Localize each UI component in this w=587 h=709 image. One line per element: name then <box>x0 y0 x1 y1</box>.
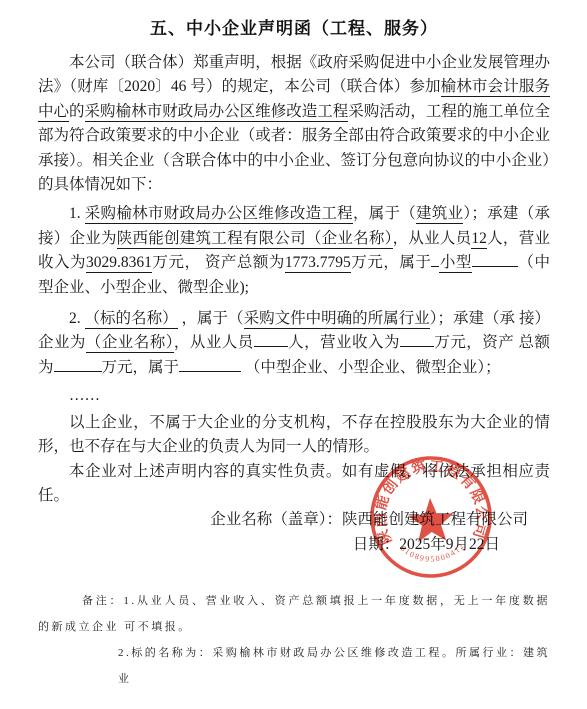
company-name-line: 企业名称（盖章）：陕西能创建筑工程有限公司 <box>38 508 550 532</box>
remarks-section: 备注：1.从业人员、营业收入、资产总额填报上一年度数据，无上一年度数据的新成立企… <box>38 588 550 692</box>
page-title: 五、中小企业声明函（工程、服务） <box>38 14 550 39</box>
document-content: 五、中小企业声明函（工程、服务） 本公司（联合体）郑重声明，根据《政府采购促进中… <box>0 0 587 692</box>
date-line: 日期：2025年9月22日 <box>38 533 550 557</box>
item-2-paragraph: 2. （标的名称） ，属于（采购文件中明确的所属行业）；承建（承 接）企业为（企… <box>38 307 550 380</box>
declaration-paragraph: 本公司（联合体）郑重声明，根据《政府采购促进中小企业发展管理办法》（财库〔202… <box>38 51 550 197</box>
declaration-document: 五、中小企业声明函（工程、服务） 本公司（联合体）郑重声明，根据《政府采购促进中… <box>0 0 587 709</box>
item-1-paragraph: 1. 采购榆林市财政局办公区维修改造工程，属于（建筑业）；承建（承接）企业为陕西… <box>38 202 550 300</box>
remark-note-1: 备注：1.从业人员、营业收入、资产总额填报上一年度数据，无上一年度数据的新成立企… <box>38 588 550 640</box>
remark-note-2: 2.标的名称为：采购榆林市财政局办公区维修改造工程。所属行业：建筑业 <box>118 640 550 692</box>
compliance-paragraph: 以上企业，不属于大企业的分支机构，不存在控股股东为大企业的情形，也不存在与大企业… <box>38 411 550 460</box>
responsibility-paragraph: 本企业对上述声明内容的真实性负责。如有虚假，将依法承担相应责任。 <box>38 460 550 509</box>
ellipsis-line: …… <box>38 384 550 408</box>
